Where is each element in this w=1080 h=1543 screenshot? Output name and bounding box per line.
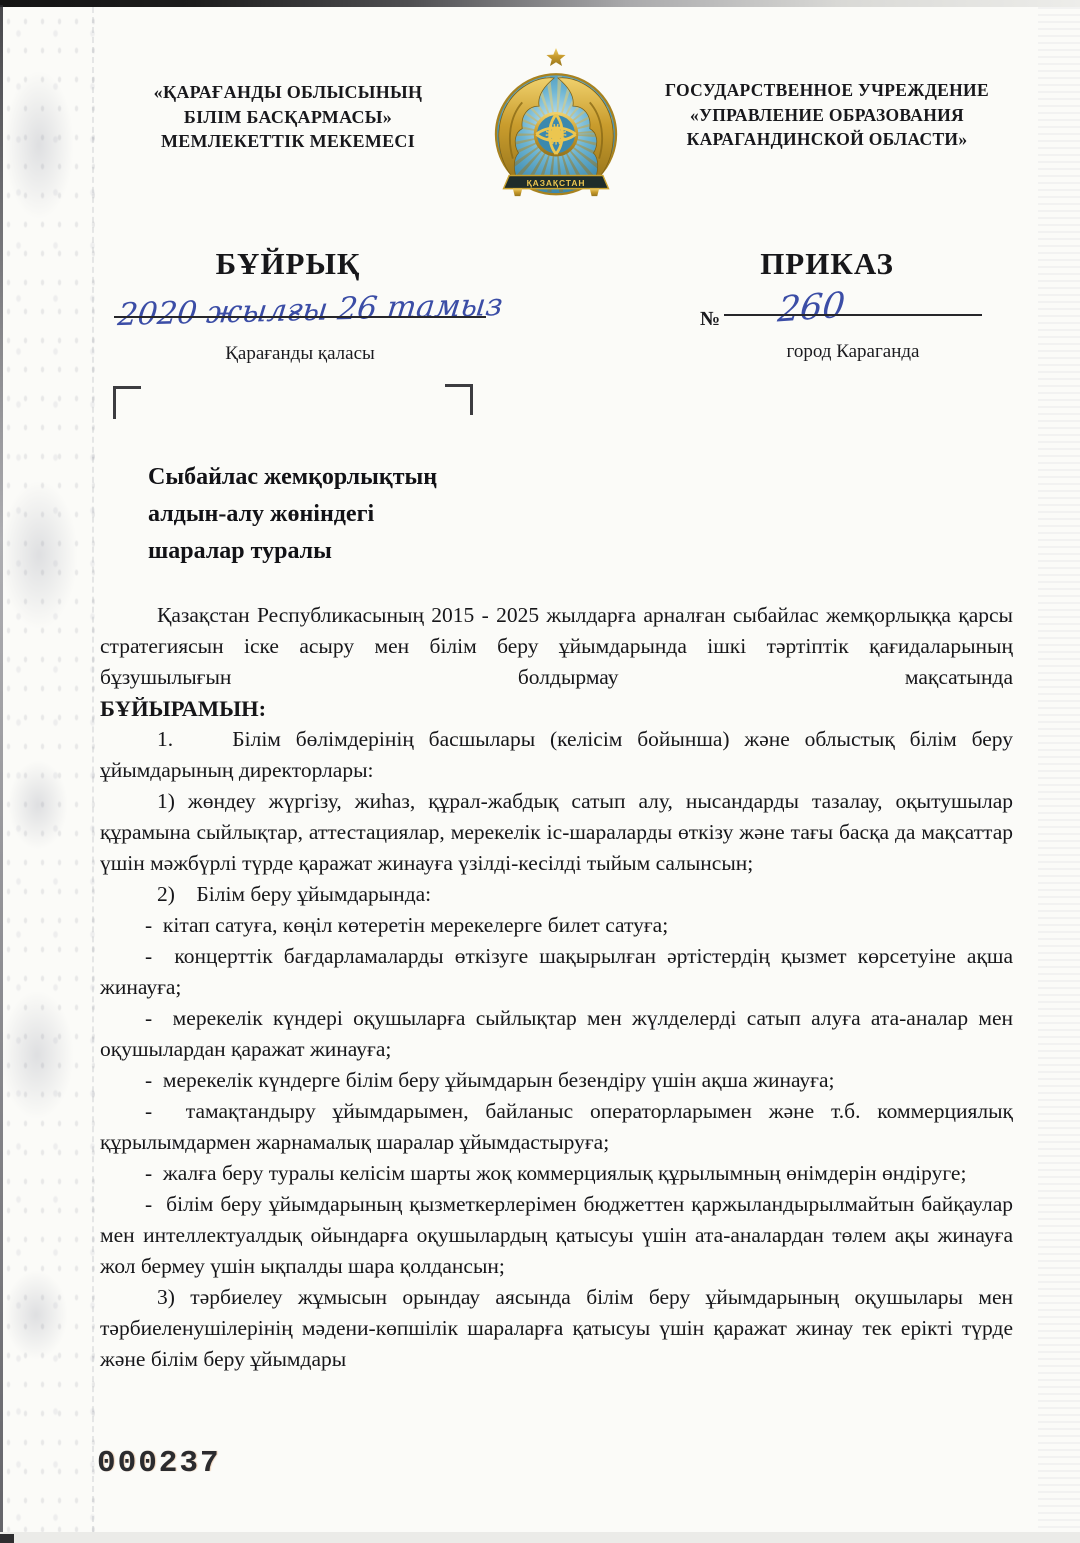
org-name-kazakh: «ҚАРАҒАНДЫ ОБЛЫСЫНЫҢ БІЛІМ БАСҚАРМАСЫ» М… <box>112 80 464 154</box>
body-paragraph: 1. Білім бөлімдерінің басшылары (келісім… <box>100 724 1013 786</box>
body-paragraph: - білім беру ұйымдарының қызметкерлеріме… <box>100 1189 1013 1282</box>
body-paragraph: 2) Білім беру ұйымдарында: <box>100 879 1013 910</box>
order-subject-line: Сыбайлас жемқорлықтың <box>148 459 578 496</box>
emblem-banner-label: ҚАЗАҚСТАН <box>527 178 586 188</box>
number-underline <box>724 314 982 316</box>
body-text: Қазақстан Республикасының 2015 - 2025 жы… <box>100 600 1013 1375</box>
org-name-russian: ГОСУДАРСТВЕННОЕ УЧРЕЖДЕНИЕ «УПРАВЛЕНИЕ О… <box>638 78 1016 152</box>
body-paragraph: БҰЙЫРАМЫН: <box>100 693 1013 724</box>
number-sign: № <box>700 308 720 331</box>
org-name-russian-line: ГОСУДАРСТВЕННОЕ УЧРЕЖДЕНИЕ <box>638 78 1016 103</box>
body-paragraph: - жалға беру туралы келісім шарты жоқ ко… <box>100 1158 1013 1189</box>
scan-artifact-top-edge <box>0 0 1080 7</box>
date-underline <box>114 316 486 318</box>
kazakhstan-emblem-icon: ҚАЗАҚСТАН <box>481 45 631 201</box>
city-label-kazakh: Қарағанды қаласы <box>130 343 470 365</box>
body-paragraph: 3) тәрбиелеу жұмысын орындау аясында біл… <box>100 1282 1013 1375</box>
scan-smudge <box>8 760 68 850</box>
scan-smudge <box>4 70 74 220</box>
scan-artifact-bottom-edge <box>0 1532 1080 1543</box>
body-paragraph: - концерттік бағдарламаларды өткізуге ша… <box>100 941 1013 1003</box>
body-paragraph: - мерекелік күндерге білім беру ұйымдары… <box>100 1065 1013 1096</box>
handwritten-order-number: 260 <box>776 285 847 330</box>
org-name-russian-line: КАРАГАНДИНСКОЙ ОБЛАСТИ» <box>638 127 1016 152</box>
body-paragraph: - тамақтандыру ұйымдарымен, байланыс опе… <box>100 1096 1013 1158</box>
handwritten-date: 2020 жылғы 26 тамыз <box>116 287 505 333</box>
body-paragraph: - мерекелік күндері оқушыларға сыйлықтар… <box>100 1003 1013 1065</box>
order-subject: Сыбайлас жемқорлықтың алдын-алу жөніндег… <box>148 459 578 570</box>
order-subject-line: шаралар туралы <box>148 533 578 570</box>
registration-stamp-number: 000237 <box>97 1446 221 1481</box>
org-name-kazakh-line: «ҚАРАҒАНДЫ ОБЛЫСЫНЫҢ <box>112 80 464 105</box>
scan-smudge <box>0 480 78 630</box>
order-subject-line: алдын-алу жөніндегі <box>148 496 578 533</box>
scan-artifact-left-edge <box>0 5 3 1532</box>
body-paragraph: Қазақстан Республикасының 2015 - 2025 жы… <box>100 600 1013 693</box>
org-name-russian-line: «УПРАВЛЕНИЕ ОБРАЗОВАНИЯ <box>638 103 1016 128</box>
scan-artifact-bottom-corner <box>0 1534 14 1543</box>
address-corner-mark-right <box>445 384 473 415</box>
scan-noise-right-margin <box>1038 7 1080 1532</box>
org-name-kazakh-line: МЕМЛЕКЕТТІК МЕКЕМЕСІ <box>112 129 464 154</box>
scanned-order-page: «ҚАРАҒАНДЫ ОБЛЫСЫНЫҢ БІЛІМ БАСҚАРМАСЫ» М… <box>0 0 1080 1543</box>
city-label-russian: город Караганда <box>724 341 982 363</box>
org-name-kazakh-line: БІЛІМ БАСҚАРМАСЫ» <box>112 105 464 130</box>
scan-smudge <box>0 990 74 1120</box>
scan-smudge <box>4 1270 68 1360</box>
order-title-russian: ПРИКАЗ <box>638 246 1016 282</box>
scan-fold-line <box>92 7 94 1532</box>
body-paragraph: - кітап сатуға, көңіл көтеретін мерекеле… <box>100 910 1013 941</box>
order-title-kazakh: БҰЙРЫҚ <box>112 246 464 282</box>
address-corner-mark-left <box>113 386 141 419</box>
body-paragraph: 1) жөндеу жүргізу, жиһаз, құрал-жабдық с… <box>100 786 1013 879</box>
